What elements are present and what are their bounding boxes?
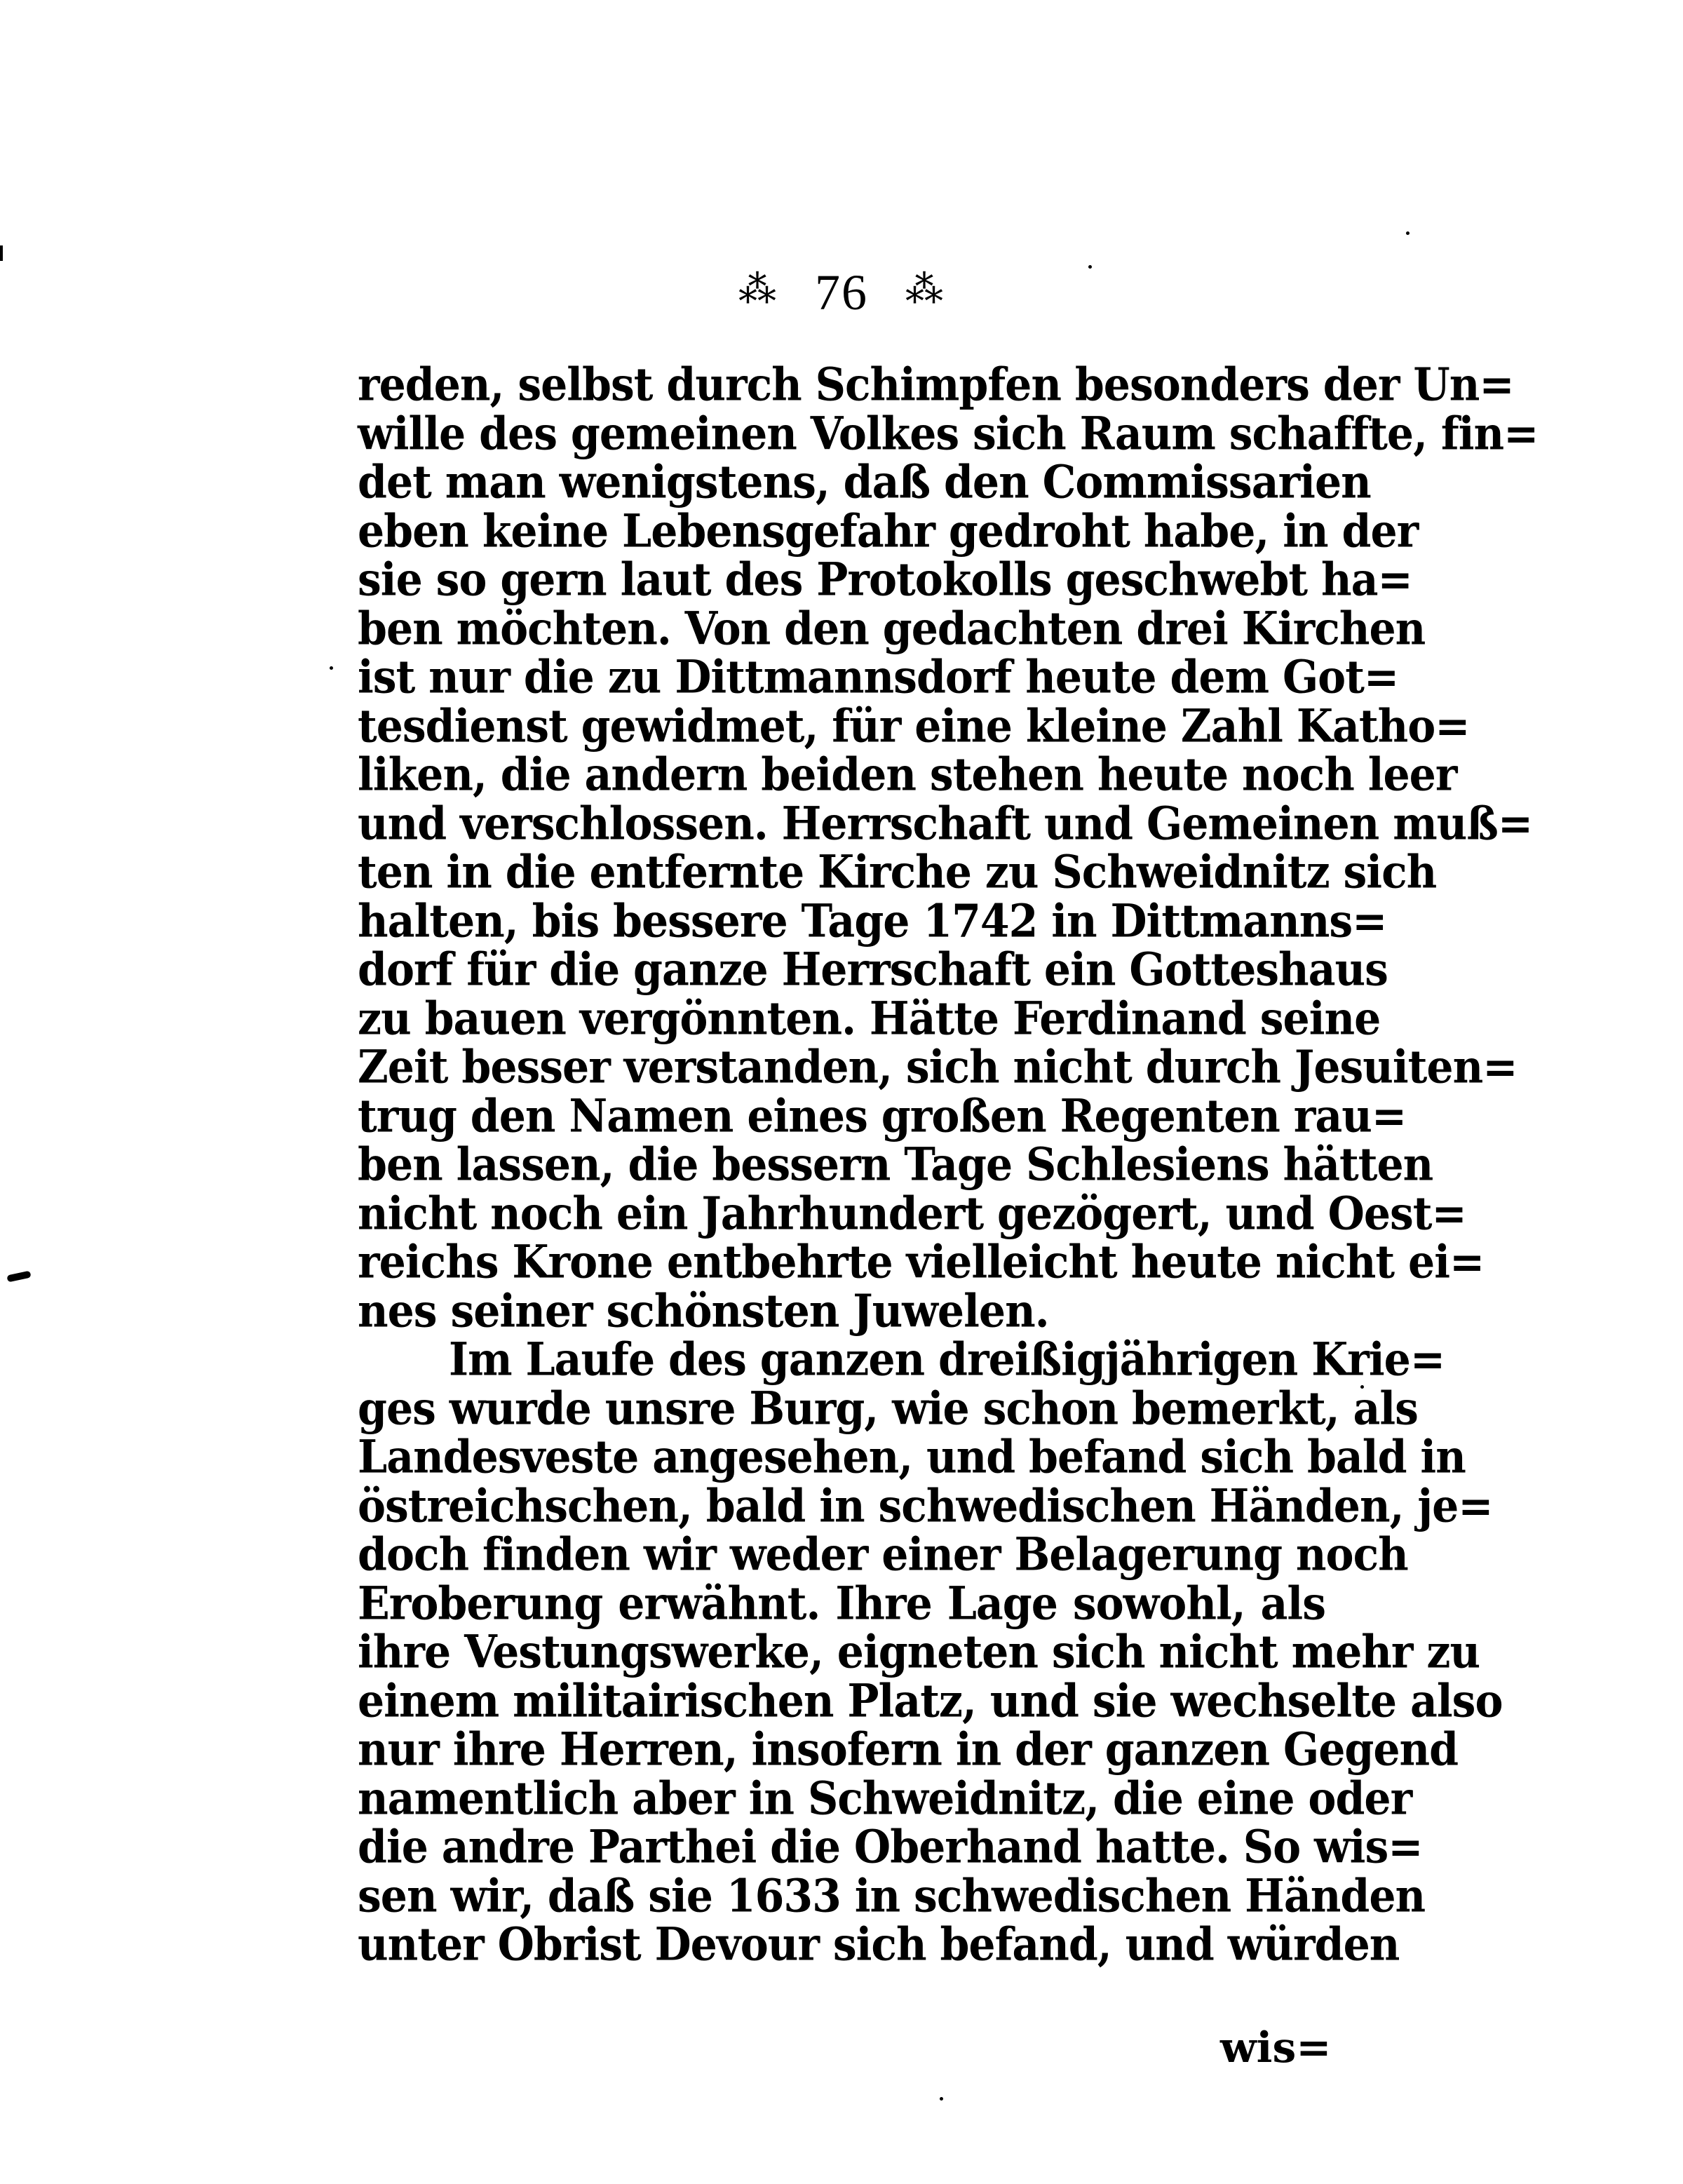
- speck: [330, 666, 333, 670]
- text-line: doch finden wir weder einer Belagerung n…: [358, 1529, 1325, 1582]
- text-line: halten, bis bessere Tage 1742 in Dittman…: [358, 896, 1325, 948]
- text-line: det man wenigstens, daß den Commissarien: [358, 457, 1325, 509]
- text-line: nicht noch ein Jahrhundert gezögert, und…: [358, 1188, 1325, 1241]
- text-line: nur ihre Herren, insofern in der ganzen …: [358, 1724, 1325, 1777]
- page-number: 76: [815, 264, 868, 321]
- text-line: zu bauen vergönnten. Hätte Ferdinand sei…: [358, 993, 1325, 1046]
- text-line: östreichschen, bald in schwedischen Händ…: [358, 1481, 1325, 1533]
- text-line: reichs Krone entbehrte vielleicht heute …: [358, 1236, 1325, 1289]
- paragraph-2: Im Laufe des ganzen dreißigjährigen Krie…: [358, 1336, 1325, 1970]
- text-line: unter Obrist Devour sich befand, und wür…: [358, 1919, 1325, 1971]
- text-line: tesdienst gewidmet, für eine kleine Zahl…: [358, 701, 1325, 753]
- text-line: sen wir, daß sie 1633 in schwedischen Hä…: [358, 1870, 1325, 1923]
- margin-mark: [6, 1271, 31, 1283]
- text-line: sie so gern laut des Protokolls geschweb…: [358, 554, 1325, 607]
- text-line: ist nur die zu Dittmannsdorf heute dem G…: [358, 652, 1325, 704]
- speck: [1406, 231, 1410, 235]
- text-line: Landesveste angesehen, und befand sich b…: [358, 1431, 1325, 1484]
- catchword: wis=: [1220, 2023, 1332, 2072]
- paragraph-1: reden, selbst durch Schimpfen besonders …: [358, 361, 1325, 1336]
- text-line: wille des gemeinen Volkes sich Raum scha…: [358, 408, 1325, 461]
- book-page: ⁂ 76 ⁂ reden, selbst durch Schimpfen bes…: [0, 0, 1683, 2184]
- text-line: Eroberung erwähnt. Ihre Lage sowohl, als: [358, 1578, 1325, 1631]
- speck: [940, 2097, 943, 2101]
- text-line: dorf für die ganze Herrschaft ein Gottes…: [358, 944, 1325, 997]
- text-line: ten in die entfernte Kirche zu Schweidni…: [358, 847, 1325, 899]
- text-line: eben keine Lebensgefahr gedroht habe, in…: [358, 506, 1325, 558]
- text-line: Zeit besser verstanden, sich nicht durch…: [358, 1042, 1325, 1094]
- text-line: ihre Vestungswerke, eigneten sich nicht …: [358, 1626, 1325, 1679]
- text-line: einem militairischen Platz, und sie wech…: [358, 1676, 1325, 1728]
- text-line: und verschlossen. Herrschaft und Gemeine…: [358, 798, 1325, 851]
- text-line: Im Laufe des ganzen dreißigjährigen Krie…: [358, 1334, 1325, 1387]
- text-line: namentlich aber in Schweidnitz, die eine…: [358, 1773, 1325, 1826]
- ornament-left-icon: ⁂: [738, 262, 778, 318]
- page-header: ⁂ 76 ⁂: [0, 261, 1683, 321]
- ornament-right-icon: ⁂: [905, 262, 945, 318]
- text-line: ges wurde unsre Burg, wie schon bemerkt,…: [358, 1383, 1325, 1436]
- text-line: ben möchten. Von den gedachten drei Kirc…: [358, 603, 1325, 656]
- text-line: reden, selbst durch Schimpfen besonders …: [358, 359, 1325, 412]
- margin-mark: [0, 245, 3, 261]
- text-line: nes seiner schönsten Juwelen.: [358, 1286, 1325, 1338]
- text-line: trug den Namen eines großen Regenten rau…: [358, 1091, 1325, 1143]
- text-line: liken, die andern beiden stehen heute no…: [358, 749, 1325, 802]
- text-line: ben lassen, die bessern Tage Schlesiens …: [358, 1139, 1325, 1192]
- text-line: die andre Parthei die Oberhand hatte. So…: [358, 1821, 1325, 1874]
- body-text: reden, selbst durch Schimpfen besonders …: [358, 361, 1325, 1970]
